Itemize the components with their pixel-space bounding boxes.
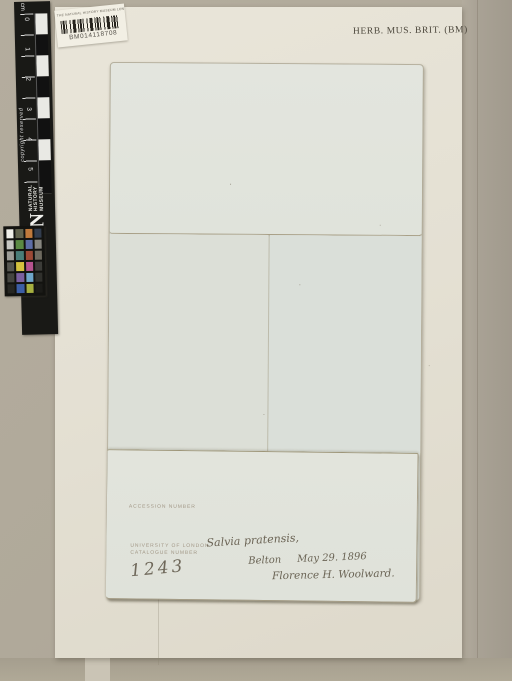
handwritten-locality-date-line: Belton May 29. 1896 — [248, 551, 367, 567]
color-patch — [34, 240, 41, 249]
herbarium-museum-stamp: HERB. MUS. BRIT. (BM) — [353, 25, 468, 37]
barcode-label: THE NATURAL HISTORY MUSEUM LONDON BM0141… — [54, 3, 127, 47]
color-patch — [7, 284, 14, 293]
handwritten-accession-number: 1243 — [129, 556, 186, 581]
nhm-logo-rotated: N NATURAL HISTORY MUSEUM — [24, 169, 49, 227]
nhm-logo-word: MUSEUM — [39, 184, 45, 211]
sheet-middle-left-panel — [108, 234, 269, 452]
ruler-unit-label: cm — [19, 3, 25, 11]
color-patch — [34, 229, 41, 238]
color-patch — [25, 240, 32, 249]
color-patch — [16, 262, 23, 271]
color-patch — [6, 229, 13, 238]
sheet-middle-right-panel — [268, 235, 422, 453]
nhm-logo: N NATURAL HISTORY MUSEUM — [18, 169, 55, 227]
handwritten-species-name: Salvia pratensis, — [206, 531, 299, 549]
herbarium-photo-stage: ACCESSION NUMBER UNIVERSITY OF LONDON CA… — [0, 0, 512, 681]
ruler-number: 3 — [25, 105, 32, 113]
catalogue-stamp-line2: CATALOGUE NUMBER — [130, 550, 209, 557]
color-patch — [26, 273, 33, 282]
handwritten-locality: Belton — [248, 555, 281, 567]
catalogue-number-stamp: UNIVERSITY OF LONDON CATALOGUE NUMBER — [130, 543, 209, 557]
color-patch — [35, 284, 42, 293]
color-patch — [17, 284, 24, 293]
color-patch — [7, 273, 14, 282]
color-patch — [7, 240, 14, 249]
background-right-edge-line — [477, 0, 478, 681]
background-bottom-light-strip — [85, 658, 110, 681]
handwritten-collector-signature: Florence H. Woolward. — [272, 567, 395, 582]
ruler-number: 1 — [24, 45, 31, 53]
nhm-logo-words: NATURAL HISTORY MUSEUM — [28, 184, 45, 211]
ruler-number: 4 — [26, 135, 33, 143]
color-patch — [16, 240, 23, 249]
color-patch — [26, 262, 33, 271]
color-patch — [35, 251, 42, 260]
color-patch — [17, 273, 24, 282]
color-patch — [35, 273, 42, 282]
color-patch — [16, 229, 23, 238]
color-patch — [26, 284, 33, 293]
background-right-strip — [462, 0, 512, 681]
color-patch — [7, 262, 14, 271]
specimen-sheet: ACCESSION NUMBER UNIVERSITY OF LONDON CA… — [106, 62, 424, 601]
color-patch — [7, 251, 14, 260]
ruler-number: 2 — [24, 75, 31, 83]
handwritten-date: May 29. 1896 — [297, 551, 367, 565]
accession-number-stamp: ACCESSION NUMBER — [129, 504, 196, 511]
color-patch — [16, 251, 23, 260]
sheet-bottom-flap: ACCESSION NUMBER UNIVERSITY OF LONDON CA… — [106, 449, 419, 603]
color-patch — [35, 262, 42, 271]
color-checker-grid — [3, 226, 45, 297]
color-patch — [25, 251, 32, 260]
background-bottom-strip — [0, 658, 512, 681]
paper-specks — [230, 184, 231, 185]
sheet-top-flap — [110, 63, 423, 236]
ruler-number: 0 — [23, 15, 30, 23]
color-patch — [25, 229, 32, 238]
